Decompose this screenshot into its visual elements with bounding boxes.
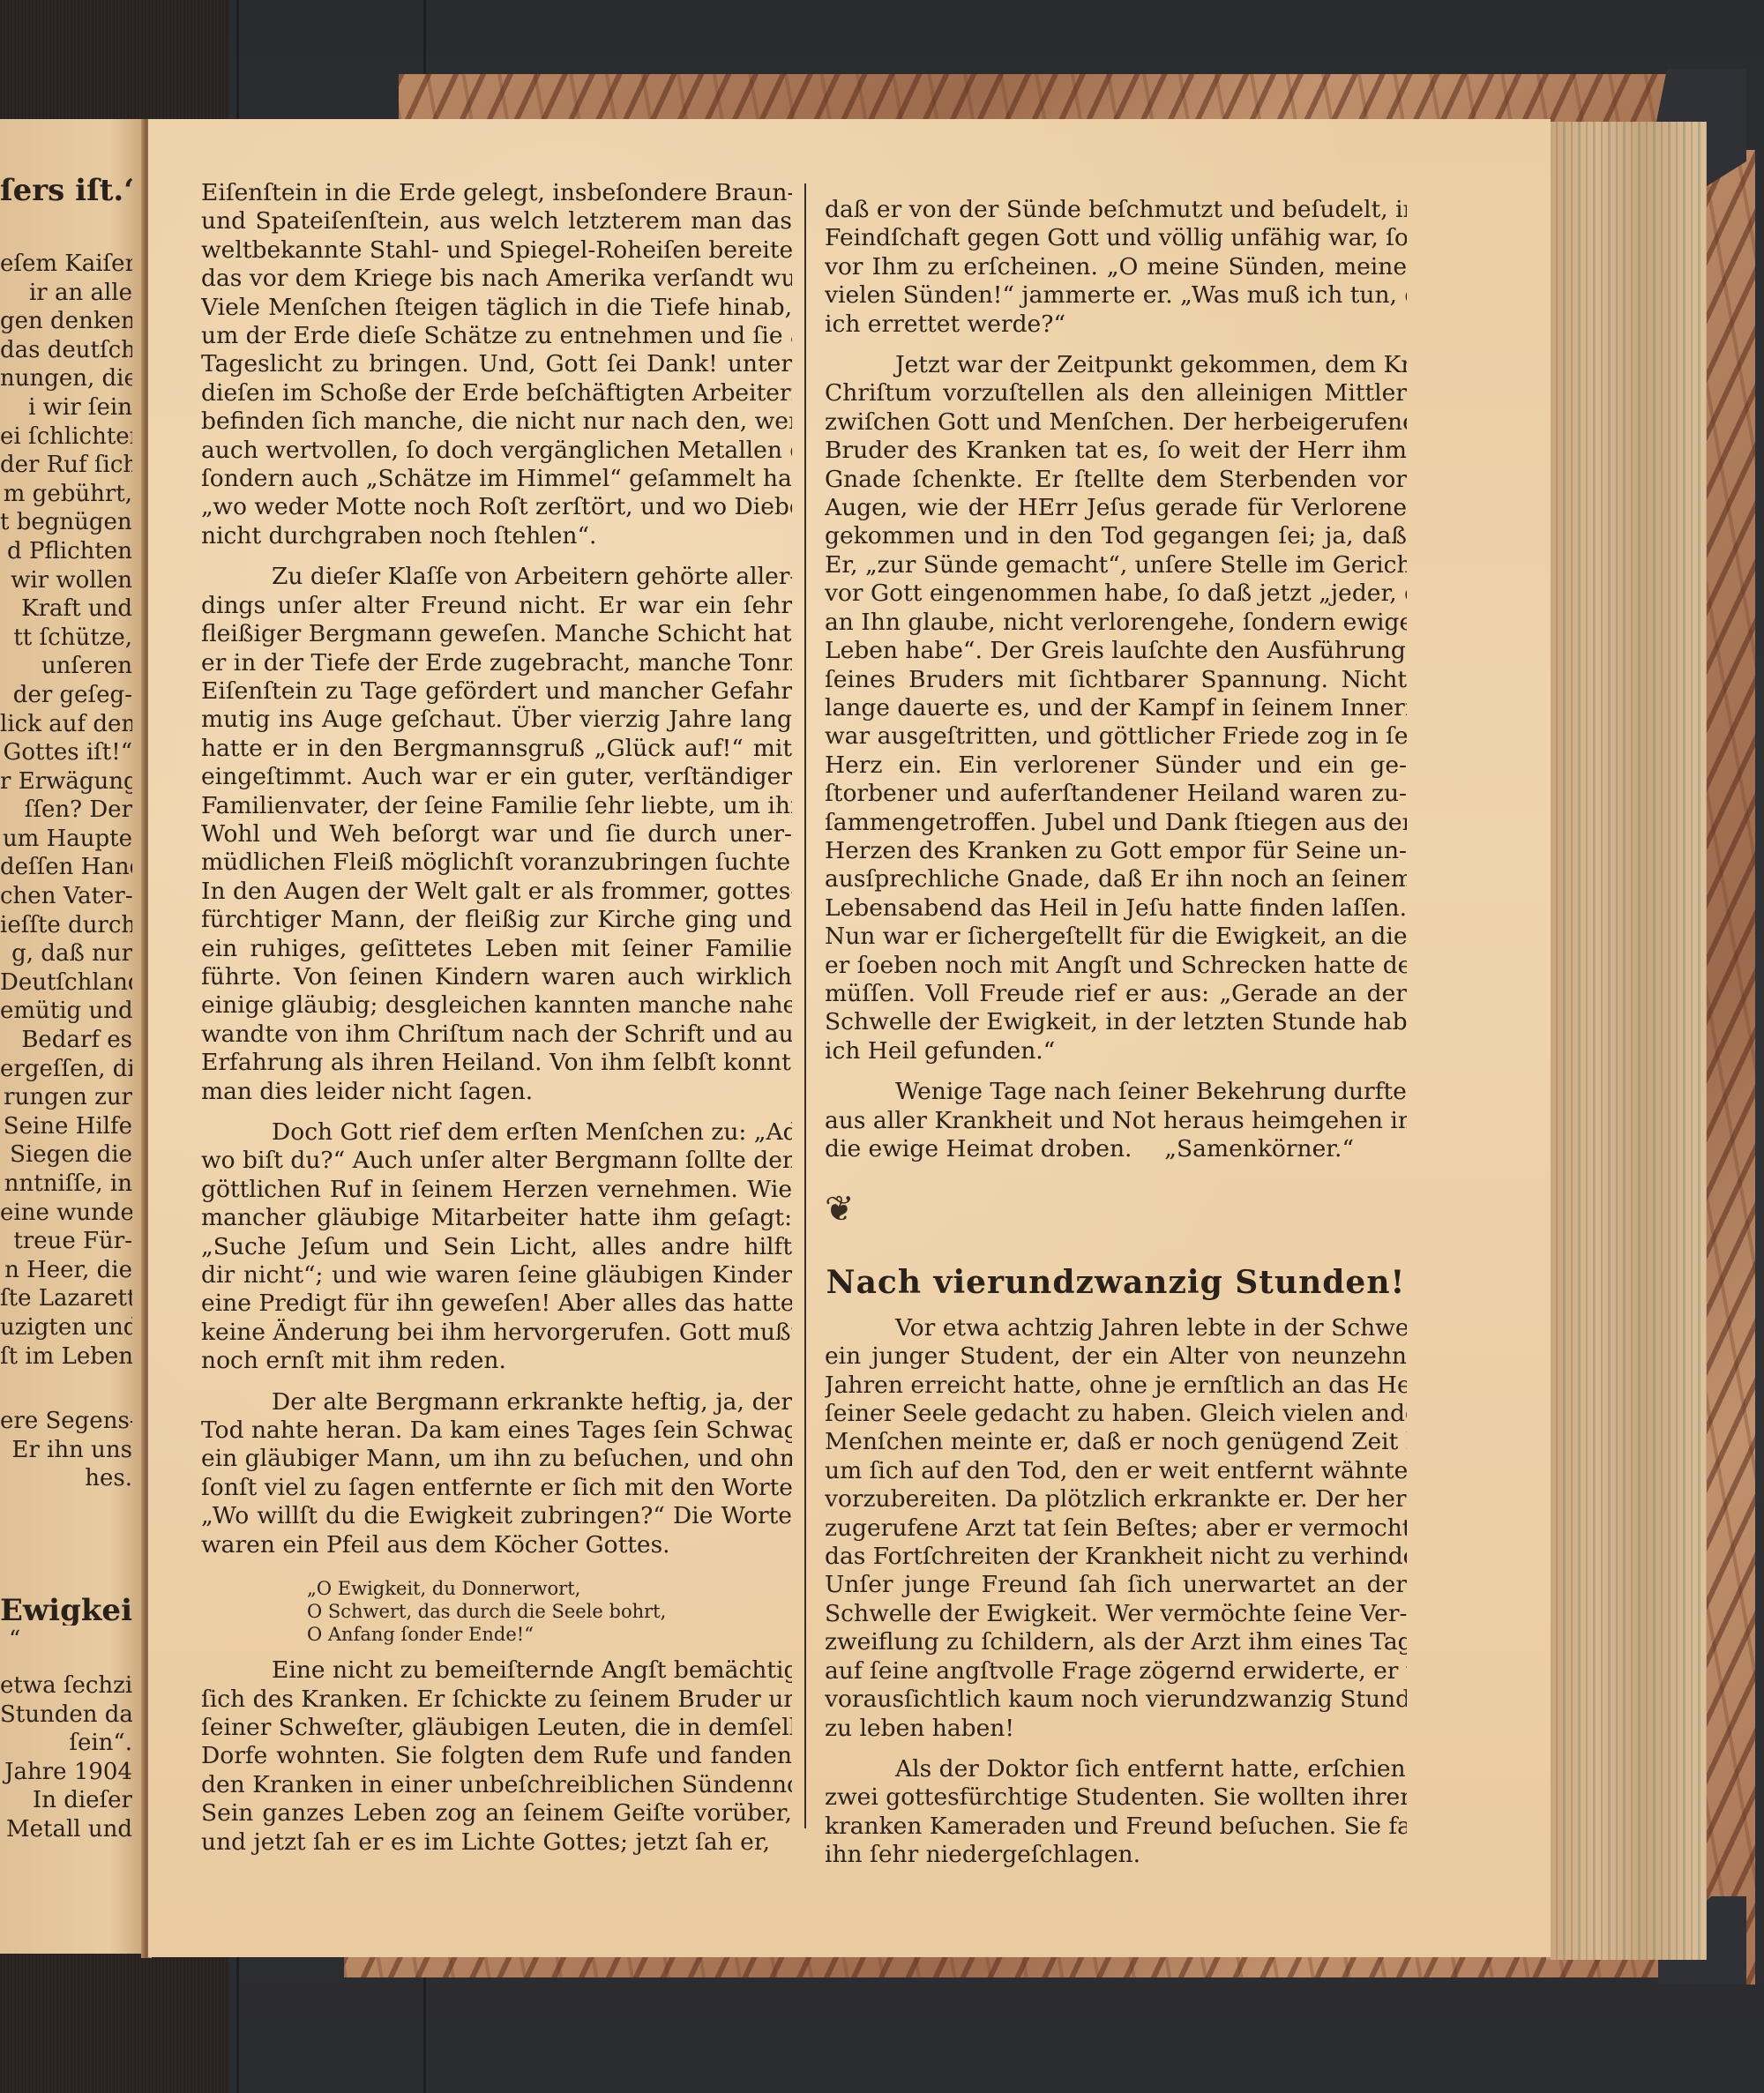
text-line: ihn ſehr niedergeſchlagen. (825, 1841, 1407, 1869)
fleuron-ornament-icon: ❦ (825, 1195, 1407, 1223)
fragment-line: um Haupte (0, 825, 132, 854)
fragment-line: g, daß nur (0, 939, 132, 968)
fragment-line: n Heer, die (0, 1256, 132, 1285)
text-line: um ſich auf den Tod, den er weit entfern… (825, 1457, 1407, 1485)
verse-line: „O Ewigkeit, du Donnerwort, (307, 1577, 792, 1600)
text-line: den Kranken in einer unbeſchreiblichen S… (201, 1771, 792, 1799)
text-line: ich errettet werde?“ (825, 310, 1407, 339)
paragraph: Eine nicht zu bemeiſternde Angſt bemächt… (201, 1656, 792, 1857)
text-line: Der alte Bergmann erkrankte heftig, ja, … (201, 1388, 792, 1417)
paragraph-gap (825, 1743, 1407, 1755)
fragment-line: t begnügen, (0, 508, 132, 537)
text-line: ausſprechliche Gnade, daß Er ihn noch an… (825, 865, 1407, 893)
fragment-line: deſſen Hand (0, 853, 132, 882)
fragment-line: m gebührt, (0, 480, 132, 509)
text-line: dings unſer alter Freund nicht. Er war e… (201, 592, 792, 620)
text-line: und Spateiſenſtein, aus welch letzterem … (201, 207, 792, 235)
text-line: dieſen im Schoße der Erde beſchäftigten … (201, 379, 792, 407)
fragment-line: eſem Kaiſer (0, 250, 132, 279)
text-line: Jetzt war der Zeitpunkt gekommen, dem Kr… (825, 351, 1407, 379)
text-line: zwiſchen Gott und Menſchen. Der herbeige… (825, 408, 1407, 437)
text-line: wandte von ihm Chriſtum nach der Schrift… (201, 1020, 792, 1049)
text-line: „wo weder Motte noch Roſt zerſtört, und … (201, 493, 792, 521)
left-page-text-block-b: ere Segens-Er ihn unshes. (0, 1407, 132, 1493)
fragment-line: chen Vater- (0, 882, 132, 911)
text-line: Jahren erreicht hatte, ohne je ernſtlich… (825, 1372, 1407, 1400)
text-line: zwei gottesfürchtige Studenten. Sie woll… (825, 1783, 1407, 1812)
fragment-line: In dieſer (0, 1786, 132, 1815)
left-column-paragraphs: Eiſenſtein in die Erde gelegt, insbeſond… (201, 179, 792, 1559)
paragraph-gap (825, 339, 1407, 351)
text-line: ſeines Bruders mit ſichtbarer Spannung. … (825, 666, 1407, 694)
text-line: Als der Doktor ſich entfernt hatte, erſc… (825, 1755, 1407, 1783)
text-line: Eiſenſtein in die Erde gelegt, insbeſond… (201, 179, 792, 207)
text-line: ſeiner Schweſter, gläubigen Leuten, die … (201, 1714, 792, 1742)
text-line: Nun war er ſichergeſtellt für die Ewigke… (825, 923, 1407, 951)
fragment-line: i wir ſein (0, 393, 132, 422)
left-column-paragraphs-after-verse: Eine nicht zu bemeiſternde Angſt bemächt… (201, 1656, 792, 1857)
text-line: ein ruhiges, geſittetes Leben mit ſeiner… (201, 935, 792, 963)
text-line: Schwelle der Ewigkeit, in der letzten St… (825, 1008, 1407, 1036)
text-line: ſonſt viel zu ſagen entfernte er ſich mi… (201, 1474, 792, 1502)
fragment-line: Seine Hilfe (0, 1112, 132, 1141)
text-line: Leben habe“. Der Greis lauſchte den Ausf… (825, 637, 1407, 665)
text-line: Menſchen meinte er, daß er noch genügend… (825, 1428, 1407, 1456)
fragment-line: gen denken, (0, 307, 132, 336)
text-line: müſſen. Voll Freude rief er aus: „Gerade… (825, 980, 1407, 1008)
text-line: eingeſtimmt. Auch war er ein guter, verſ… (201, 763, 792, 791)
fragment-line: der Ruf ſich (0, 451, 132, 480)
fragment-line: das deutſche (0, 336, 132, 365)
text-line: ſeiner Seele gedacht zu haben. Gleich vi… (825, 1400, 1407, 1428)
fragment-line: ſt im Leben (0, 1342, 132, 1372)
fragment-line: Gottes iſt!“ (0, 738, 132, 767)
verse-line: O Schwert, das durch die Seele bohrt, (307, 1600, 792, 1623)
text-line: an Ihn glaube, nicht verlorengehe, ſonde… (825, 609, 1407, 637)
text-line: nicht durchgraben noch ſtehlen“. (201, 522, 792, 550)
text-line: und jetzt ſah er es im Lichte Gottes; je… (201, 1828, 792, 1857)
page-block-edges (1546, 122, 1707, 1960)
text-line: kranken Kameraden und Freund beſuchen. S… (825, 1813, 1407, 1841)
quote-mark: “ (0, 1626, 132, 1655)
heading-fragment: Ewigkeit. (0, 1596, 132, 1626)
text-line: Doch Gott rief dem erſten Menſchen zu: „… (201, 1118, 792, 1147)
fragment-line: unſeren (0, 652, 132, 681)
fragment-line: ſte Lazarett (0, 1284, 132, 1313)
text-line: aus aller Krankheit und Not heraus heimg… (825, 1107, 1407, 1135)
text-line: Eine nicht zu bemeiſternde Angſt bemächt… (201, 1656, 792, 1685)
article-left-column: Eiſenſtein in die Erde gelegt, insbeſond… (201, 179, 792, 1857)
fragment-line: d Pflichten (0, 537, 132, 566)
text-line: er ſoeben noch mit Angſt und Schrecken h… (825, 952, 1407, 980)
fragment-line: uzigten und (0, 1313, 132, 1342)
text-line: Feindſchaft gegen Gott und völlig unfähi… (825, 224, 1407, 252)
text-line: auch wertvollen, ſo doch vergänglichen M… (201, 437, 792, 465)
fragment-line: ieſſte durch- (0, 911, 132, 940)
left-page-text-block-a: eſem Kaiſerir an allegen denken,das deut… (0, 250, 132, 1371)
article-right-column: daß er von der Sünde beſchmutzt und beſu… (825, 196, 1407, 1870)
text-line: eine Predigt für ihn geweſen! Aber alles… (201, 1289, 792, 1318)
text-line: er in der Tiefe der Erde zugebracht, man… (201, 649, 792, 677)
text-line: „Wo willſt du die Ewigkeit zubringen?“ D… (201, 1502, 792, 1530)
fragment-line: ere Segens- (0, 1407, 132, 1436)
text-line: Herzen des Kranken zu Gott empor für Sei… (825, 837, 1407, 865)
text-line: vorausſichtlich kaum noch vierundzwanzig… (825, 1686, 1407, 1714)
fragment-line: tt ſchütze, (0, 624, 132, 653)
text-line: mutig ins Auge geſchaut. Über vierzig Ja… (201, 706, 792, 734)
fragment-line: ei ſchlichter (0, 422, 132, 452)
text-line: zweiflung zu ſchildern, als der Arzt ihm… (825, 1628, 1407, 1656)
paragraph: daß er von der Sünde beſchmutzt und beſu… (825, 196, 1407, 339)
text-line: führte. Von ſeinen Kindern waren auch wi… (201, 963, 792, 991)
fragment-line: ſſen? Der (0, 796, 132, 825)
fragment-line: ergeſſen, die (0, 1055, 132, 1084)
text-line: Sein ganzes Leben zog an ſeinem Geiſte v… (201, 1799, 792, 1828)
marbled-edge-top (399, 74, 1673, 123)
text-line: fleißiger Bergmann geweſen. Manche Schic… (201, 620, 792, 648)
text-line: zu leben haben! (825, 1715, 1407, 1743)
left-page-text-block-c: etwa ſechzigStunden da-ſein“.Jahre 1904I… (0, 1671, 132, 1844)
source-credit: „Samenkörner.“ (1164, 1135, 1354, 1163)
text-line: fürchtiger Mann, der fleißig zur Kirche … (201, 906, 792, 934)
text-line: Schwelle der Ewigkeit. Wer vermöchte ſei… (825, 1600, 1407, 1628)
text-line: mancher gläubige Mitarbeiter hatte ihm g… (201, 1204, 792, 1232)
fragment-line: Siegen die (0, 1140, 132, 1170)
text-line: keine Änderung bei ihm hervorgerufen. Go… (201, 1319, 792, 1347)
paragraph-gap (201, 1106, 792, 1118)
text-line: Wohl und Weh beſorgt war und ſie durch u… (201, 820, 792, 848)
text-line: Erfahrung als ihren Heiland. Von ihm ſel… (201, 1049, 792, 1077)
text-line: ich Heil gefunden.“ (825, 1037, 1407, 1065)
text-line: ſondern auch „Schätze im Himmel“ geſamme… (201, 465, 792, 493)
paragraph-gap (825, 1065, 1407, 1078)
paragraph: Wenige Tage nach ſeiner Bekehrung durfte… (825, 1078, 1407, 1135)
fragment-line: Deutſchlands (0, 968, 132, 998)
text-line: zugerufene Arzt tat ſein Beſtes; aber er… (825, 1514, 1407, 1543)
paragraph: Als der Doktor ſich entfernt hatte, erſc… (825, 1755, 1407, 1870)
text-line: auf ſeine angſtvolle Frage zögernd erwid… (825, 1657, 1407, 1686)
text-line: Dorfe wohnten. Sie folgten dem Rufe und … (201, 1742, 792, 1770)
text-line: göttlichen Ruf in ſeinem Herzen vernehme… (201, 1176, 792, 1204)
text-line: ſammengetroffen. Jubel und Dank ſtiegen … (825, 809, 1407, 837)
fragment-line: rungen zur (0, 1083, 132, 1112)
text-line: ein gläubiger Mann, um ihn zu beſuchen, … (201, 1445, 792, 1473)
text-line: Zu dieſer Klaſſe von Arbeitern gehörte a… (201, 563, 792, 591)
text-line: um der Erde dieſe Schätze zu entnehmen u… (201, 322, 792, 350)
text-line: einige gläubig; desgleichen kannten manc… (201, 991, 792, 1020)
text-line: wo biſt du?“ Auch unſer alter Bergmann ſ… (201, 1147, 792, 1175)
text-line: Augen, wie der HErr Jeſus gerade für Ver… (825, 494, 1407, 522)
verse-line: O Anfang ſonder Ende!“ (307, 1623, 792, 1646)
fragment-line: Metall und (0, 1815, 132, 1844)
fragment-line: eine wunder- (0, 1199, 132, 1228)
text-line: lange dauerte es, und der Kampf in ſeine… (825, 694, 1407, 722)
text-line: Chriſtum vorzuſtellen als den alleinigen… (825, 379, 1407, 407)
fragment-line: ir an alle (0, 279, 132, 308)
text-line: das Fortſchreiten der Krankheit nicht zu… (825, 1543, 1407, 1571)
column-rule (804, 183, 806, 1828)
fragment-line: lick auf den (0, 710, 132, 739)
closing-text: die ewige Heimat droben. (825, 1135, 1132, 1162)
fragment-line: r Erwägung (0, 767, 132, 796)
fragment-line: nungen, die (0, 364, 132, 393)
paragraph: Zu dieſer Klaſſe von Arbeitern gehörte a… (201, 563, 792, 1106)
fragment-line: emütig und (0, 997, 132, 1026)
hymn-verse: „O Ewigkeit, du Donnerwort,O Schwert, da… (201, 1577, 792, 1646)
fragment-line: der geſeg- (0, 681, 132, 710)
text-line: Gnade ſchenkte. Er ſtellte dem Sterbende… (825, 466, 1407, 494)
text-line: ſtorbener und auferſtandener Heiland war… (825, 780, 1407, 808)
fragment-line: nntniſſe, in (0, 1170, 132, 1199)
text-line: war ausgeſtritten, und göttlicher Friede… (825, 722, 1407, 751)
paragraph: Eiſenſtein in die Erde gelegt, insbeſond… (201, 179, 792, 550)
text-line: waren ein Pfeil aus dem Köcher Gottes. (201, 1531, 792, 1559)
text-line: Vor etwa achtzig Jahren lebte in der Sch… (825, 1314, 1407, 1342)
heading-fragment: ſers iſt.“ (0, 176, 132, 206)
fragment-line: treue Für- (0, 1227, 132, 1256)
text-line: dir nicht“; und wie waren ſeine gläubige… (201, 1261, 792, 1289)
left-page-heading-bottom: Ewigkeit. “ (0, 1596, 132, 1654)
fragment-line: hes. (0, 1464, 132, 1493)
text-line: vor Gott eingenommen habe, ſo daß jetzt … (825, 579, 1407, 608)
paragraph: Vor etwa achtzig Jahren lebte in der Sch… (825, 1314, 1407, 1743)
fragment-line: Er ihn uns (0, 1436, 132, 1465)
text-line: müdlichen Fleiß möglichſt voranzubringen… (201, 848, 792, 877)
left-page-heading-top: ſers iſt.“ (0, 176, 132, 206)
text-line: Unſer junge Freund ſah ſich unerwartet a… (825, 1571, 1407, 1599)
text-line: vielen Sünden!“ jammerte er. „Was muß ic… (825, 281, 1407, 310)
text-line: vorzubereiten. Da plötzlich erkrankte er… (825, 1485, 1407, 1514)
fragment-line: wir wollen (0, 566, 132, 595)
text-line: noch ernſt mit ihm reden. (201, 1347, 792, 1375)
paragraph: Jetzt war der Zeitpunkt gekommen, dem Kr… (825, 351, 1407, 1065)
text-line: man dies leider nicht ſagen. (201, 1078, 792, 1106)
text-line: das vor dem Kriege bis nach Amerika verſ… (201, 265, 792, 293)
text-line: Bruder des Kranken tat es, ſo weit der H… (825, 437, 1407, 465)
next-article-paragraphs: Vor etwa achtzig Jahren lebte in der Sch… (825, 1314, 1407, 1870)
text-line: hatte er in den Bergmannsgruß „Glück auf… (201, 735, 792, 763)
right-column-paragraphs: daß er von der Sünde beſchmutzt und beſu… (825, 196, 1407, 1135)
text-line: Herz ein. Ein verlorener Sünder und ein … (825, 751, 1407, 780)
text-line: Eiſenſtein zu Tage gefördert und mancher… (201, 677, 792, 706)
paragraph: Doch Gott rief dem erſten Menſchen zu: „… (201, 1118, 792, 1376)
fragment-line: ſein“. (0, 1729, 132, 1758)
article-title: Nach vierundzwanzig Stunden! (825, 1263, 1407, 1302)
paragraph-gap (201, 550, 792, 563)
text-line: weltbekannte Stahl- und Spiegel-Roheiſen… (201, 236, 792, 265)
text-line: Wenige Tage nach ſeiner Bekehrung durfte… (825, 1078, 1407, 1106)
text-line: vor Ihm zu erſcheinen. „O meine Sünden, … (825, 253, 1407, 281)
closing-line: die ewige Heimat droben. „Samenkörner.“ (825, 1135, 1407, 1163)
text-line: Familienvater, der ſeine Familie ſehr li… (201, 792, 792, 820)
fragment-line: Kraft und (0, 594, 132, 624)
text-line: Tageslicht zu bringen. Und, Gott ſei Dan… (201, 350, 792, 378)
fragment-line: Jahre 1904 (0, 1758, 132, 1787)
marbled-edge-bottom (344, 1955, 1685, 1977)
text-line: daß er von der Sünde beſchmutzt und beſu… (825, 196, 1407, 224)
text-line: Viele Menſchen ſteigen täglich in die Ti… (201, 294, 792, 322)
text-line: In den Augen der Welt galt er als fromme… (201, 878, 792, 906)
text-line: Er, „zur Sünde gemacht“, unſere Stelle i… (825, 551, 1407, 579)
fragment-line: Bedarf es (0, 1026, 132, 1055)
marbled-edge-right (1700, 150, 1755, 1985)
paragraph-gap (201, 1376, 792, 1388)
text-line: gekommen und in den Tod gegangen ſei; ja… (825, 522, 1407, 550)
text-line: befinden ſich manche, die nicht nur nach… (201, 407, 792, 436)
fragment-line: Stunden da- (0, 1701, 132, 1730)
fragment-line: etwa ſechzig (0, 1671, 132, 1701)
text-line: ſich des Kranken. Er ſchickte zu ſeinem … (201, 1686, 792, 1714)
paragraph: Der alte Bergmann erkrankte heftig, ja, … (201, 1388, 792, 1559)
text-line: ein junger Student, der ein Alter von ne… (825, 1342, 1407, 1371)
text-line: Tod nahte heran. Da kam eines Tages ſein… (201, 1417, 792, 1445)
text-line: Lebensabend das Heil in Jeſu hatte finde… (825, 894, 1407, 923)
text-line: „Suche Jeſum und Sein Licht, alles andre… (201, 1233, 792, 1261)
